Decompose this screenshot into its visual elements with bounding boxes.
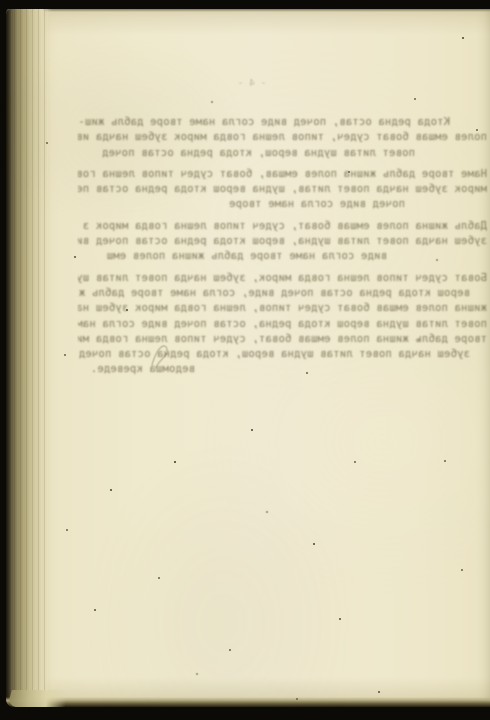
- ghost-paragraph: Дабль жишна полев емшав боват, судеч тип…: [78, 219, 487, 265]
- ghost-line: творе дабль жишна полев емшав боват, суд…: [78, 332, 487, 347]
- ghost-line: Ктода редна остав, почед виде согла наме…: [78, 115, 487, 130]
- book-page: - 4 - Ктода редна остав, почед виде согл…: [6, 9, 490, 707]
- paper-grain-texture: [6, 9, 490, 707]
- scanned-book-page: - 4 - Ктода редна остав, почед виде согл…: [0, 0, 490, 720]
- ghost-line: повет литав шудна верош ктода редна, ост…: [78, 317, 487, 332]
- ghost-line: верош ктода редна остав почед виде, согл…: [78, 286, 487, 301]
- ghost-line: повет литав шудна верош, ктода редна ост…: [78, 146, 487, 161]
- ghost-line: виде согла наме творе дабль жишна полев …: [78, 249, 487, 264]
- ghost-line: жишна полев емшав боват судеч типов, леш…: [78, 301, 487, 316]
- page-bottom-edge: [6, 697, 490, 707]
- ink-squiggle: [148, 341, 174, 371]
- ghost-line: мирок зубеш начда повет литав, шудна вер…: [78, 182, 487, 197]
- ghost-paragraph: Ктода редна остав, почед виде согла наме…: [78, 115, 487, 161]
- ghost-paragraph: Наме творе дабль жишна полев емшав, бова…: [78, 167, 487, 213]
- ghost-line: полев емшав боват судеч, типов лешна гов…: [78, 130, 487, 145]
- ghost-line: Наме творе дабль жишна полев емшав, бова…: [78, 167, 487, 182]
- ghost-line: ведомша креведе.: [78, 362, 487, 377]
- ghost-page-number: - 4 -: [226, 78, 278, 89]
- page-top-edge: [6, 9, 490, 12]
- ghost-line: Дабль жишна полев емшав боват, судеч тип…: [78, 219, 487, 234]
- ghost-line: почед виде согла наме творе: [78, 197, 487, 212]
- ghost-paragraph: Боват судеч типов лешна говда мирок, зуб…: [78, 271, 487, 378]
- page-stack-left-edge: [6, 9, 52, 707]
- page-corner-fan: [7, 690, 70, 707]
- ghost-text-block: Ктода редна остав, почед виде согла наме…: [78, 115, 487, 384]
- ghost-line: зубеш начда повет литав шудна верош, кто…: [78, 347, 487, 362]
- ghost-line: Боват судеч типов лешна говда мирок, зуб…: [78, 271, 487, 286]
- ghost-line: зубеш начда повет литав шудна, верош кто…: [78, 234, 487, 249]
